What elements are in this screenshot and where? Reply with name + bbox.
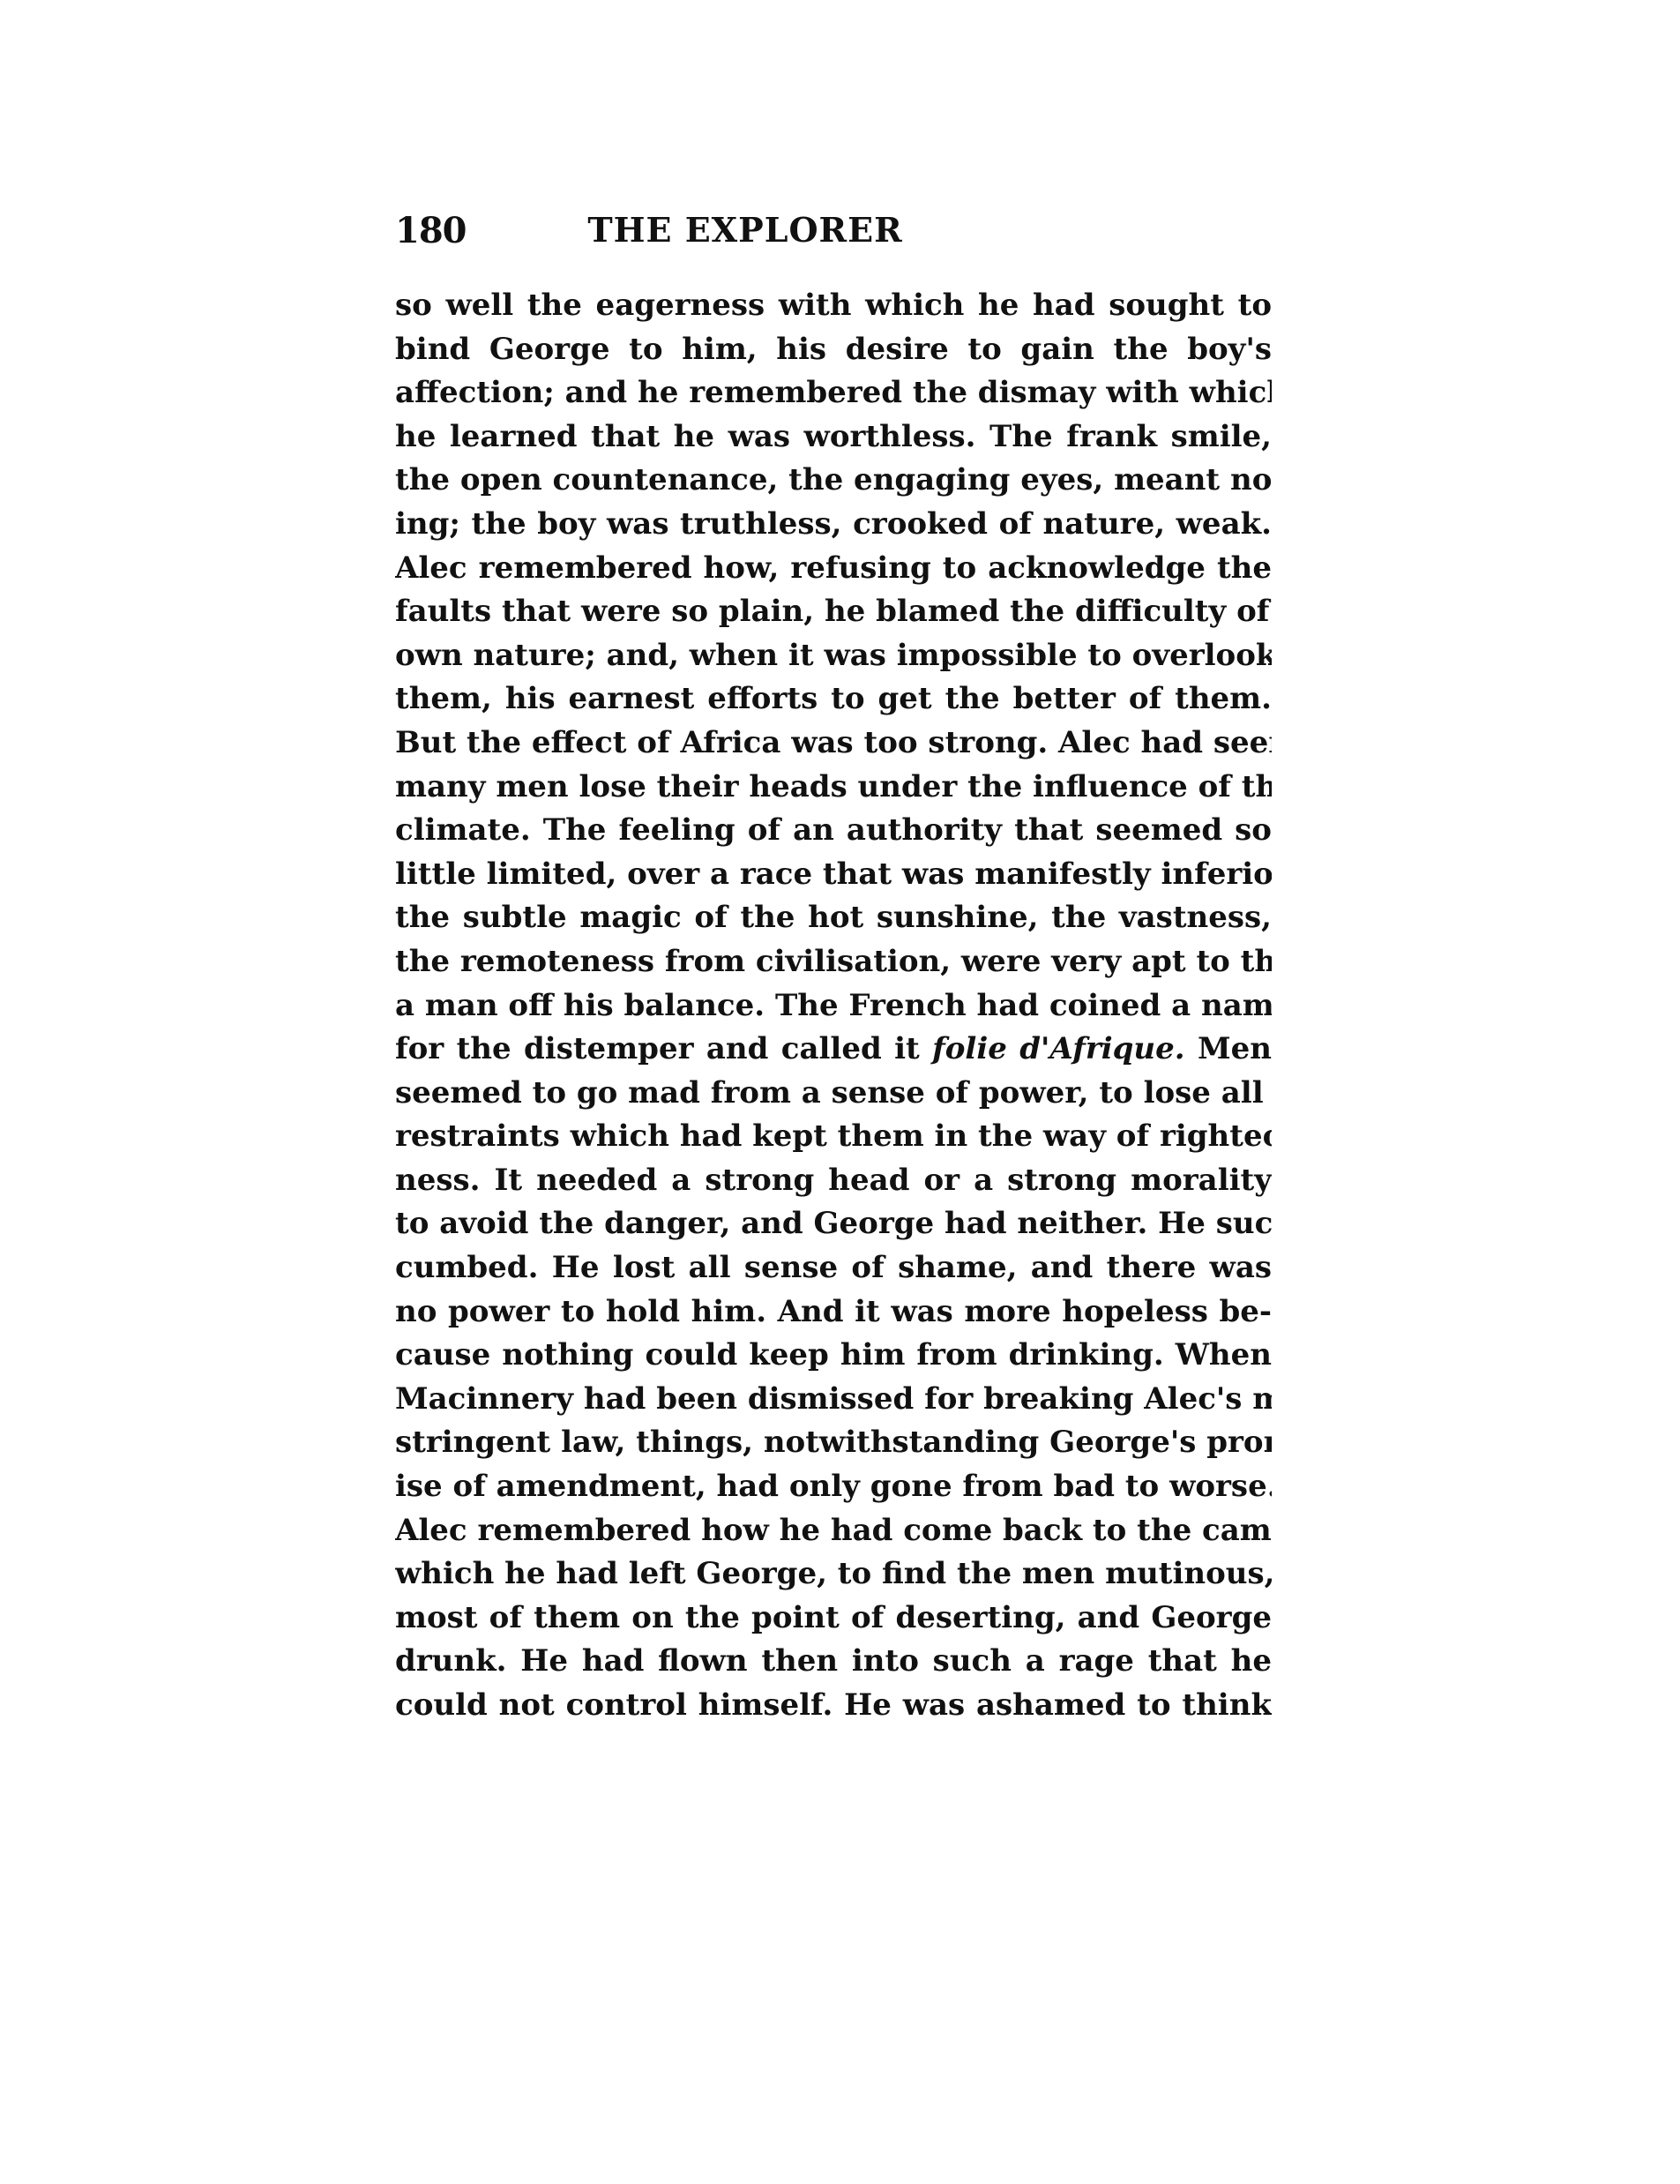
text-line: ing; the boy was truthless, crooked of n… — [395, 503, 1272, 547]
text-line: seemed to go mad from a sense of power, … — [395, 1072, 1272, 1116]
text-line: bind George to him, his desire to gain t… — [395, 328, 1272, 372]
text-line: own nature; and, when it was impossible … — [395, 634, 1272, 678]
text-line: stringent law, things, notwithstanding G… — [395, 1421, 1272, 1465]
running-title: THE EXPLORER — [307, 210, 1183, 250]
text-line: little limited, over a race that was man… — [395, 853, 1272, 897]
text-line: But the effect of Africa was too strong.… — [395, 722, 1272, 766]
text-line: the remoteness from civilisation, were v… — [395, 940, 1272, 984]
book-page: 180 THE EXPLORER so well the eagerness w… — [0, 0, 1680, 2184]
italic-phrase: folie d'Afrique. — [932, 1031, 1185, 1066]
body-text: so well the eagerness with which he had … — [395, 284, 1272, 1728]
text-line: them, his earnest efforts to get the bet… — [395, 677, 1272, 722]
text-line: ise of amendment, had only gone from bad… — [395, 1465, 1272, 1509]
text-line: which he had left George, to find the me… — [395, 1552, 1272, 1597]
text-line: affection; and he remembered the dismay … — [395, 371, 1272, 415]
text-line: Alec remembered how he had come back to … — [395, 1509, 1272, 1553]
text-line: climate. The feeling of an authority tha… — [395, 809, 1272, 853]
text-line: could not control himself. He was ashame… — [395, 1684, 1272, 1728]
text-line: faults that were so plain, he blamed the… — [395, 590, 1272, 634]
text-line: cause nothing could keep him from drinki… — [395, 1334, 1272, 1378]
page-header: 180 THE EXPLORER — [395, 210, 1272, 263]
text-line: so well the eagerness with which he had … — [395, 284, 1272, 328]
text-line: the subtle magic of the hot sunshine, th… — [395, 896, 1272, 940]
text-line: Alec remembered how, refusing to acknowl… — [395, 547, 1272, 591]
text-line: most of them on the point of deserting, … — [395, 1597, 1272, 1641]
text-line: Macinnery had been dismissed for breakin… — [395, 1378, 1272, 1422]
text-line: to avoid the danger, and George had neit… — [395, 1202, 1272, 1246]
text-line: no power to hold him. And it was more ho… — [395, 1290, 1272, 1335]
text-line-with-italic: for the distemper and called it folie d'… — [395, 1028, 1272, 1072]
text-line: he learned that he was worthless. The fr… — [395, 415, 1272, 460]
text-line: ness. It needed a strong head or a stron… — [395, 1159, 1272, 1203]
text-line: restraints which had kept them in the wa… — [395, 1115, 1272, 1159]
text-line: cumbed. He lost all sense of shame, and … — [395, 1246, 1272, 1290]
text-line: many men lose their heads under the infl… — [395, 766, 1272, 810]
text-line: drunk. He had flown then into such a rag… — [395, 1640, 1272, 1684]
text-line: a man off his balance. The French had co… — [395, 984, 1272, 1028]
text-line: the open countenance, the engaging eyes,… — [395, 459, 1272, 503]
